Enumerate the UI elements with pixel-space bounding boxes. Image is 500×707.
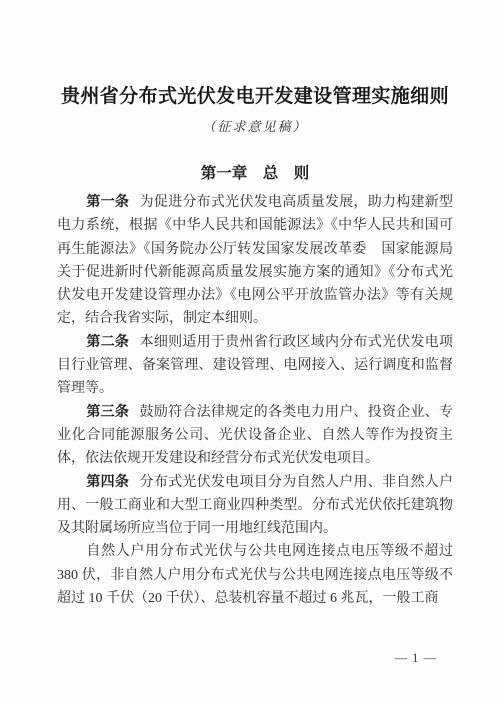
article-3-label: 第三条 [86, 405, 129, 420]
article-4-label: 第四条 [86, 475, 129, 490]
chapter-heading: 第一章 总 则 [57, 163, 453, 184]
scanned-document-page: 贵州省分布式光伏发电开发建设管理实施细则 （征求意见稿） 第一章 总 则 第一条… [0, 0, 500, 707]
article-1-label: 第一条 [86, 195, 129, 210]
article-1-text: 为促进分布式光伏发电高质量发展，助力构建新型电力系统，根据《中华人民共和国能源法… [57, 195, 453, 326]
document-title: 贵州省分布式光伏发电开发建设管理实施细则 [57, 84, 453, 109]
document-body: 第一条为促进分布式光伏发电高质量发展，助力构建新型电力系统，根据《中华人民共和国… [57, 191, 453, 610]
page-number: — 1 — [395, 651, 438, 666]
continuation-paragraph: 自然人户用分布式光伏与公共电网连接点电压等级不超过 380 伏，非自然人户用分布… [57, 540, 453, 610]
article-paragraph-4: 第四条分布式光伏发电项目分为自然人户用、非自然人户用、一般工商业和大型工商业四种… [57, 471, 453, 541]
document-content: 贵州省分布式光伏发电开发建设管理实施细则 （征求意见稿） 第一章 总 则 第一条… [57, 84, 453, 610]
article-2-label: 第二条 [86, 335, 129, 350]
document-subtitle: （征求意见稿） [57, 118, 453, 135]
article-paragraph-2: 第二条本细则适用于贵州省行政区域内分布式光伏发电项目行业管理、备案管理、建设管理… [57, 331, 453, 401]
article-paragraph-1: 第一条为促进分布式光伏发电高质量发展，助力构建新型电力系统，根据《中华人民共和国… [57, 191, 453, 331]
article-paragraph-3: 第三条鼓励符合法律规定的各类电力用户、投资企业、专业化合同能源服务公司、光伏设备… [57, 401, 453, 471]
continuation-text: 自然人户用分布式光伏与公共电网连接点电压等级不超过 380 伏，非自然人户用分布… [57, 544, 453, 606]
